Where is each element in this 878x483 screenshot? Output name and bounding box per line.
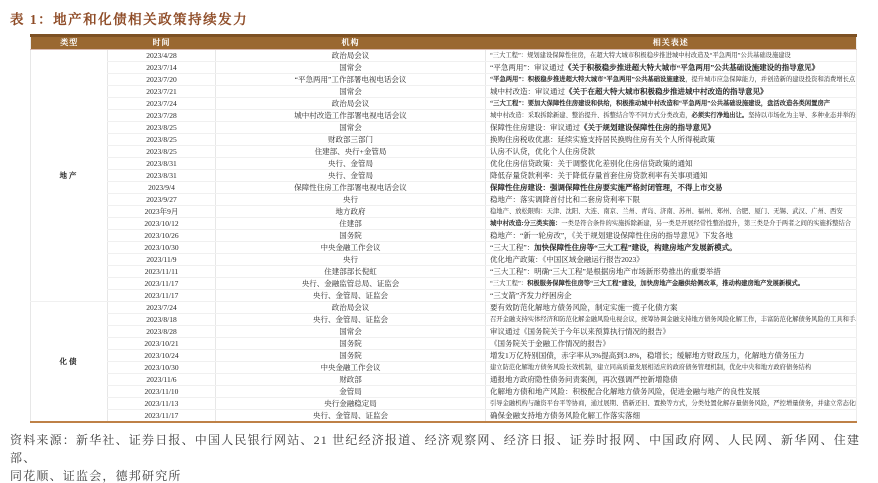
table-row: 2023/11/13央行金融稳定局引导金融机构与融资平台平等协商，通过展期、借新… <box>31 398 857 410</box>
policy-org: 国常会 <box>216 122 486 134</box>
desc-segment: 《关于在超大特大城市积极稳步推进城中村改造的指导意见》 <box>565 87 768 96</box>
desc-segment: 确保金融支持地方债务风险化解工作落实落细 <box>490 411 640 420</box>
desc-segment: “三支箭”齐发力纾困房企 <box>490 291 572 300</box>
desc-segment: 积极服务保障性住房等“三大工程”建设，加快房地产金融供给侧改革，推动构建房地产发… <box>527 280 804 287</box>
table-row: 2023/8/31央行、金管局优化住房信贷政策：关于调整优化差别化住房信贷政策的… <box>31 158 857 170</box>
policy-org: 财政部 <box>216 374 486 386</box>
desc-segment: 《关于积极稳步推进超大特大城市“平急两用”公共基础设施建设的指导意见》 <box>564 63 819 72</box>
desc-segment: 认房不认贷，优化个人住房贷款 <box>490 147 595 156</box>
policy-date: 2023/11/13 <box>108 398 216 410</box>
policy-org: 政治局会议 <box>216 50 486 62</box>
policy-org: 国务院 <box>216 230 486 242</box>
policy-desc: 确保金融支持地方债务风险化解工作落实落细 <box>486 410 857 423</box>
table-row: 2023/10/30中央金融工作会议建立防范化解地方债务风险长效机制，建立同高质… <box>31 362 857 374</box>
policy-date: 2023/9/4 <box>108 182 216 194</box>
table-row: 2023/11/17央行、金融监管总局、证监会“三大工程”：积极服务保障性住房等… <box>31 278 857 290</box>
policy-date: 2023/7/28 <box>108 110 216 122</box>
policy-desc: 稳地产：“新一轮房改”，《关于规划建设保障性住房的指导意见》下发各地 <box>486 230 857 242</box>
table-row: 2023/8/28国常会审议通过《国务院关于今年以来预算执行情况的报告》 <box>31 326 857 338</box>
policy-desc: 化解地方债和地产风险：积极配合化解地方债务风险，促进金融与地产的良性发展 <box>486 386 857 398</box>
table-row: 2023/8/31央行、金管局降低存量贷款利率：关于降低存量首套住房贷款利率有关… <box>31 170 857 182</box>
policy-desc: 审议通过《国务院关于今年以来预算执行情况的报告》 <box>486 326 857 338</box>
desc-segment: 化解地方债和地产风险：积极配合化解地方债务风险，促进金融与地产的良性发展 <box>490 387 760 396</box>
desc-segment: ，提升城市应急保障能力，并创造新的建设投资和消费增长点 <box>685 76 855 83</box>
table-row: 2023/7/24政治局会议“三大工程”：要加大保障性住房建设和供给，积极推动城… <box>31 98 857 110</box>
policy-date: 2023/7/21 <box>108 86 216 98</box>
policy-date: 2023/11/11 <box>108 266 216 278</box>
policy-desc: 城中村改造：审议通过《关于在超大特大城市积极稳步推进城中村改造的指导意见》 <box>486 86 857 98</box>
policy-desc: 引导金融机构与融资平台平等协商，通过展期、借新还旧、置换等方式，分类处置化解存量… <box>486 398 857 410</box>
desc-segment: 城中村改造:分三类实施： <box>490 220 561 227</box>
desc-segment: 稳地产：落实调降首付比和二套房贷利率下限 <box>490 195 640 204</box>
section-type-label: 化债 <box>31 302 108 423</box>
table-row: 2023/7/20“平急两用”工作部署电视电话会议“平急两用”：积极稳步推进超大… <box>31 74 857 86</box>
table-row: 2023/11/17央行、金管局、证监会“三支箭”齐发力纾困房企 <box>31 290 857 302</box>
policy-desc: 召开金融支持实体经济和防范化解金融风险电视会议，统筹协调金融支持地方债务风险化解… <box>486 314 857 326</box>
policy-desc: “平急两用”：积极稳步推进超大特大城市“平急两用”公共基础设施建设，提升城市应急… <box>486 74 857 86</box>
policy-date: 2023/7/20 <box>108 74 216 86</box>
policy-desc: 稳地产：落实调降首付比和二套房贷利率下限 <box>486 194 857 206</box>
desc-segment: “平急两用”：积极稳步推进超大特大城市“平急两用”公共基础设施建设 <box>490 76 685 83</box>
policy-desc: 优化住房信贷政策：关于调整优化差别化住房信贷政策的通知 <box>486 158 857 170</box>
policy-org: 政治局会议 <box>216 98 486 110</box>
desc-segment: 加快保障性住房等“三大工程”建设，构建房地产发展新模式。 <box>534 243 737 252</box>
policy-date: 2023/11/17 <box>108 290 216 302</box>
policy-date: 2023/8/31 <box>108 170 216 182</box>
policy-desc: 稳地产、放松限购：天津、沈阳、大连、南京、兰州、青岛、济南、苏州、福州、郑州、合… <box>486 206 857 218</box>
source-line-1: 资料来源：新华社、证券日报、中国人民银行网站、21 世纪经济报道、经济观察网、经… <box>10 431 868 467</box>
policy-date: 2023/10/21 <box>108 338 216 350</box>
policy-desc: 要有效防范化解地方债务风险，制定实施一揽子化债方案 <box>486 302 857 314</box>
policy-org: 央行金融稳定局 <box>216 398 486 410</box>
table-row: 2023/11/9央行优化地产政策：《中国区域金融运行报告2023》 <box>31 254 857 266</box>
policy-org: 央行、金管局 <box>216 170 486 182</box>
policy-date: 2023/11/17 <box>108 278 216 290</box>
desc-segment: 保障性住房建设：审议通过 <box>490 123 580 132</box>
desc-segment: 保障性住房建设：强调保障性住房要实施严格封闭管理，不得上市交易 <box>490 183 723 192</box>
section-type-label: 地产 <box>31 50 108 302</box>
policy-date: 2023/11/6 <box>108 374 216 386</box>
policy-org: 央行、金管局 <box>216 158 486 170</box>
policy-org: 政治局会议 <box>216 302 486 314</box>
desc-segment: 坚持以市场化为主导、多种业态并举的开发运营方式 <box>748 112 856 119</box>
policy-date: 2023/8/18 <box>108 314 216 326</box>
policy-date: 2023年9月 <box>108 206 216 218</box>
table-row: 2023/8/25财政部三部门换购住房税收优惠：延续实施支持居民换购住房有关个人… <box>31 134 857 146</box>
column-header-date: 时间 <box>108 36 216 50</box>
table-row: 2023/8/18央行、金管局、证监会召开金融支持实体经济和防范化解金融风险电视… <box>31 314 857 326</box>
table-row: 地产2023/4/28政治局会议“三大工程”：规划建设保障性住房，在超大特大城市… <box>31 50 857 62</box>
desc-segment: “三大工程”：规划建设保障性住房，在超大特大城市积极稳步推进城中村改造及“平急两… <box>490 52 791 59</box>
desc-segment: “三大工程”： <box>490 243 534 252</box>
column-header-desc: 相关表述 <box>486 36 857 50</box>
desc-segment: 优化住房信贷政策：关于调整优化差别化住房信贷政策的通知 <box>490 159 693 168</box>
desc-segment: 一类是符合条件的实施拆除新建，另一类是开展经常性整治提升，第三类是介于两者之间的… <box>561 220 851 227</box>
policy-org: 央行、金管局、证监会 <box>216 410 486 423</box>
policy-desc: 换购住房税收优惠：延续实施支持居民换购住房有关个人所得税政策 <box>486 134 857 146</box>
policy-desc: 优化地产政策：《中国区域金融运行报告2023》 <box>486 254 857 266</box>
policy-desc: 城中村改造：采取拆除新建、整治提升、拆整结合等不同方式分类改造，必须实行净地出让… <box>486 110 857 122</box>
table-row: 2023/10/26国务院稳地产：“新一轮房改”，《关于规划建设保障性住房的指导… <box>31 230 857 242</box>
table-row: 化债2023/7/24政治局会议要有效防范化解地方债务风险，制定实施一揽子化债方… <box>31 302 857 314</box>
table-row: 2023/10/12住建部城中村改造:分三类实施：一类是符合条件的实施拆除新建，… <box>31 218 857 230</box>
desc-segment: 建立防范化解地方债务风险长效机制，建立同高质量发展相适应的政府债务管理机制，优化… <box>490 364 811 371</box>
table-title: 表 1：地产和化债相关政策持续发力 <box>10 8 878 28</box>
policy-date: 2023/7/14 <box>108 62 216 74</box>
policy-desc: 城中村改造:分三类实施：一类是符合条件的实施拆除新建，另一类是开展经常性整治提升… <box>486 218 857 230</box>
table-row: 2023/10/21国务院《国务院关于金融工作情况的报告》 <box>31 338 857 350</box>
policy-date: 2023/10/12 <box>108 218 216 230</box>
policy-date: 2023/4/28 <box>108 50 216 62</box>
policy-table: 类型 时间 机构 相关表述 地产2023/4/28政治局会议“三大工程”：规划建… <box>30 34 857 423</box>
policy-desc: 《国务院关于金融工作情况的报告》 <box>486 338 857 350</box>
desc-segment: 优化地产政策：《中国区域金融运行报告2023》 <box>490 255 644 264</box>
policy-desc: “三大工程”：加快保障性住房等“三大工程”建设，构建房地产发展新模式。 <box>486 242 857 254</box>
column-header-type: 类型 <box>31 36 108 50</box>
desc-segment: “三大工程”： <box>490 280 527 287</box>
table-row: 2023/11/11住建部部长倪虹“三大工程”：明确“三大工程”是根据房地产市场… <box>31 266 857 278</box>
table-row: 2023/7/14国常会“平急两用”：审议通过《关于积极稳步推进超大特大城市“平… <box>31 62 857 74</box>
policy-org: 央行、金管局、证监会 <box>216 314 486 326</box>
policy-org: 保障性住房工作部署电视电话会议 <box>216 182 486 194</box>
policy-desc: “三大工程”：明确“三大工程”是根据房地产市场新形势推出的重要举措 <box>486 266 857 278</box>
desc-segment: 稳地产：“新一轮房改”，《关于规划建设保障性住房的指导意见》下发各地 <box>490 231 733 240</box>
report-page: 表 1：地产和化债相关政策持续发力 类型 时间 机构 相关表述 地产2023/4… <box>0 8 878 483</box>
policy-desc: “三大工程”：要加大保障性住房建设和供给，积极推动城中村改造和“平急两用”公共基… <box>486 98 857 110</box>
table-row: 2023/9/4保障性住房工作部署电视电话会议保障性住房建设：强调保障性住房要实… <box>31 182 857 194</box>
desc-segment: 城中村改造：采取拆除新建、整治提升、拆整结合等不同方式分类改造， <box>490 112 692 119</box>
policy-date: 2023/10/30 <box>108 362 216 374</box>
table-row: 2023/8/25住建部、央行+金管局认房不认贷，优化个人住房贷款 <box>31 146 857 158</box>
desc-segment: 增发1万亿特别国债，赤字率从3%提高到3.8%，稳增长；缓解地方财政压力，化解地… <box>490 351 804 360</box>
desc-segment: 《关于规划建设保障性住房的指导意见》 <box>580 123 715 132</box>
desc-segment: 审议通过《国务院关于今年以来预算执行情况的报告》 <box>490 327 670 336</box>
policy-date: 2023/7/24 <box>108 98 216 110</box>
policy-org: 财政部三部门 <box>216 134 486 146</box>
desc-segment: 引导金融机构与融资平台平等协商，通过展期、借新还旧、置换等方式，分类处置化解存量… <box>490 400 857 407</box>
table-row: 2023/7/21国常会城中村改造：审议通过《关于在超大特大城市积极稳步推进城中… <box>31 86 857 98</box>
policy-org: 地方政府 <box>216 206 486 218</box>
policy-date: 2023/11/9 <box>108 254 216 266</box>
policy-date: 2023/8/31 <box>108 158 216 170</box>
policy-desc: 保障性住房建设：审议通过《关于规划建设保障性住房的指导意见》 <box>486 122 857 134</box>
table-row: 2023/11/10金管局化解地方债和地产风险：积极配合化解地方债务风险，促进金… <box>31 386 857 398</box>
policy-desc: 降低存量贷款利率：关于降低存量首套住房贷款利率有关事项通知 <box>486 170 857 182</box>
desc-segment: 必须实行净地出让。 <box>692 112 749 119</box>
table-row: 2023/11/17央行、金管局、证监会确保金融支持地方债务风险化解工作落实落细 <box>31 410 857 423</box>
policy-date: 2023/8/25 <box>108 134 216 146</box>
policy-date: 2023/10/30 <box>108 242 216 254</box>
policy-date: 2023/11/17 <box>108 410 216 423</box>
policy-date: 2023/8/28 <box>108 326 216 338</box>
table-body: 地产2023/4/28政治局会议“三大工程”：规划建设保障性住房，在超大特大城市… <box>31 50 857 423</box>
desc-segment: “三大工程”：明确“三大工程”是根据房地产市场新形势推出的重要举措 <box>490 267 721 276</box>
policy-org: 金管局 <box>216 386 486 398</box>
desc-segment: 换购住房税收优惠：延续实施支持居民换购住房有关个人所得税政策 <box>490 135 715 144</box>
policy-desc: “三大工程”：积极服务保障性住房等“三大工程”建设，加快房地产金融供给侧改革，推… <box>486 278 857 290</box>
policy-date: 2023/8/25 <box>108 122 216 134</box>
table-row: 2023/11/6财政部通报地方政府隐性债务问责案例，再次强调严控新增隐债 <box>31 374 857 386</box>
desc-segment: 要有效防范化解地方债务风险，制定实施一揽子化债方案 <box>490 303 678 312</box>
policy-desc: “三大工程”：规划建设保障性住房，在超大特大城市积极稳步推进城中村改造及“平急两… <box>486 50 857 62</box>
policy-org: 住建部、央行+金管局 <box>216 146 486 158</box>
desc-segment: “平急两用”：审议通过 <box>490 63 564 72</box>
table-row: 2023/8/25国常会保障性住房建设：审议通过《关于规划建设保障性住房的指导意… <box>31 122 857 134</box>
policy-org: 中央金融工作会议 <box>216 362 486 374</box>
policy-org: 国务院 <box>216 338 486 350</box>
policy-org: 国常会 <box>216 326 486 338</box>
policy-org: 国务院 <box>216 350 486 362</box>
policy-desc: 增发1万亿特别国债，赤字率从3%提高到3.8%，稳增长；缓解地方财政压力，化解地… <box>486 350 857 362</box>
desc-segment: 《国务院关于金融工作情况的报告》 <box>490 339 610 348</box>
desc-segment: 降低存量贷款利率：关于降低存量首套住房贷款利率有关事项通知 <box>490 171 708 180</box>
source-note: 资料来源：新华社、证券日报、中国人民银行网站、21 世纪经济报道、经济观察网、经… <box>10 431 868 483</box>
policy-date: 2023/10/26 <box>108 230 216 242</box>
desc-segment: 稳地产、放松限购：天津、沈阳、大连、南京、兰州、青岛、济南、苏州、福州、郑州、合… <box>490 208 843 215</box>
policy-org: 央行、金管局、证监会 <box>216 290 486 302</box>
policy-date: 2023/9/27 <box>108 194 216 206</box>
table-row: 2023/10/24国务院增发1万亿特别国债，赤字率从3%提高到3.8%，稳增长… <box>31 350 857 362</box>
policy-date: 2023/11/10 <box>108 386 216 398</box>
policy-desc: 通报地方政府隐性债务问责案例，再次强调严控新增隐债 <box>486 374 857 386</box>
policy-org: 中央金融工作会议 <box>216 242 486 254</box>
table-row: 2023/10/30中央金融工作会议“三大工程”：加快保障性住房等“三大工程”建… <box>31 242 857 254</box>
policy-date: 2023/10/24 <box>108 350 216 362</box>
table-row: 2023/9/27央行稳地产：落实调降首付比和二套房贷利率下限 <box>31 194 857 206</box>
desc-segment: 召开金融支持实体经济和防范化解金融风险电视会议，统筹协调金融支持地方债务风险化解… <box>490 316 857 323</box>
table-row: 2023/7/28城中村改造工作部署电视电话会议城中村改造：采取拆除新建、整治提… <box>31 110 857 122</box>
source-line-2: 同花顺、证监会，德邦研究所 <box>10 467 868 483</box>
policy-desc: “三支箭”齐发力纾困房企 <box>486 290 857 302</box>
header-row: 类型 时间 机构 相关表述 <box>31 36 857 50</box>
table-row: 2023年9月地方政府稳地产、放松限购：天津、沈阳、大连、南京、兰州、青岛、济南… <box>31 206 857 218</box>
desc-segment: 通报地方政府隐性债务问责案例，再次强调严控新增隐债 <box>490 375 678 384</box>
policy-org: “平急两用”工作部署电视电话会议 <box>216 74 486 86</box>
policy-org: 住建部 <box>216 218 486 230</box>
column-header-org: 机构 <box>216 36 486 50</box>
policy-org: 央行 <box>216 254 486 266</box>
policy-desc: 建立防范化解地方债务风险长效机制，建立同高质量发展相适应的政府债务管理机制，优化… <box>486 362 857 374</box>
policy-desc: 保障性住房建设：强调保障性住房要实施严格封闭管理，不得上市交易 <box>486 182 857 194</box>
policy-org: 城中村改造工作部署电视电话会议 <box>216 110 486 122</box>
policy-org: 国常会 <box>216 86 486 98</box>
policy-org: 央行、金融监管总局、证监会 <box>216 278 486 290</box>
policy-date: 2023/8/25 <box>108 146 216 158</box>
policy-desc: “平急两用”：审议通过《关于积极稳步推进超大特大城市“平急两用”公共基础设施建设… <box>486 62 857 74</box>
policy-desc: 认房不认贷，优化个人住房贷款 <box>486 146 857 158</box>
policy-date: 2023/7/24 <box>108 302 216 314</box>
policy-org: 住建部部长倪虹 <box>216 266 486 278</box>
desc-segment: “三大工程”：要加大保障性住房建设和供给，积极推动城中村改造和“平急两用”公共基… <box>490 100 830 107</box>
policy-org: 央行 <box>216 194 486 206</box>
policy-org: 国常会 <box>216 62 486 74</box>
desc-segment: 城中村改造：审议通过 <box>490 87 565 96</box>
